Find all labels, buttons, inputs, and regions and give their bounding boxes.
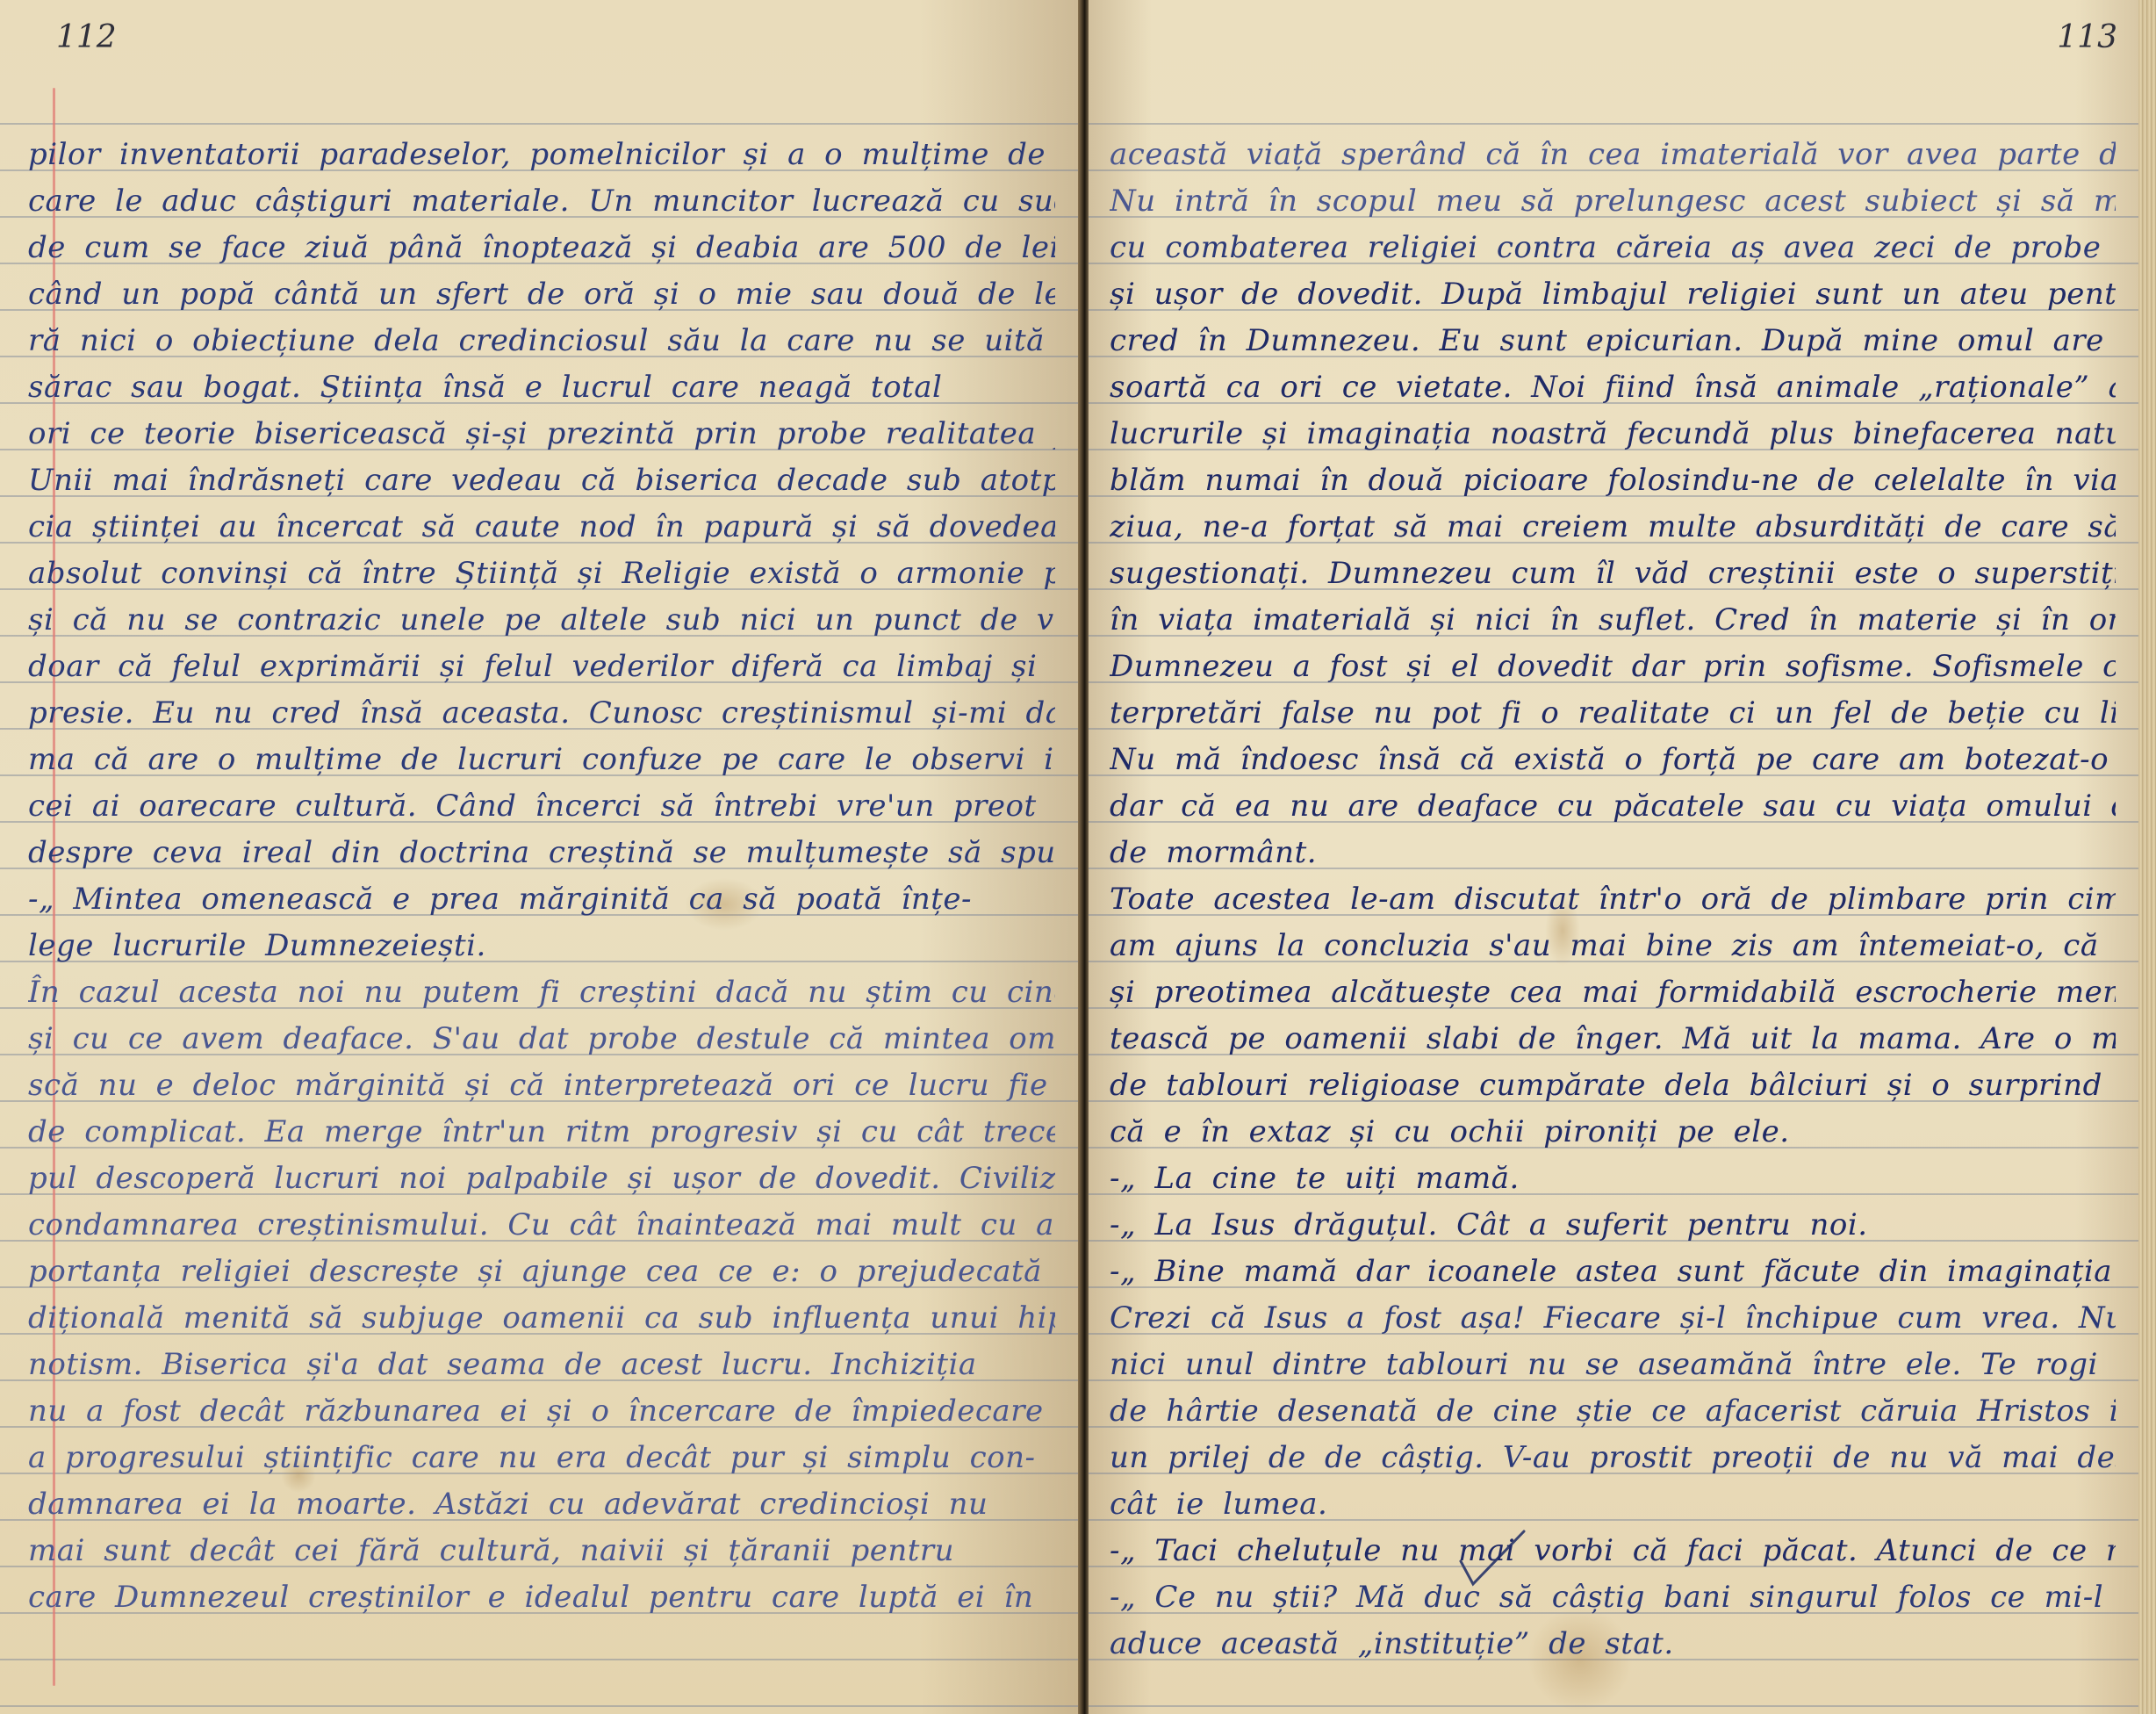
text-line: absolut convinși că între Știință și Rel…	[28, 551, 1055, 597]
text-line: că e în extaz și cu ochii pironiți pe el…	[1110, 1109, 2116, 1156]
text-line: am ajuns la concluzia s'au mai bine zis …	[1110, 923, 2116, 969]
text-line: În cazul acesta noi nu putem fi creștini…	[28, 969, 1055, 1016]
text-line: -„ Mintea omenească e prea mărginită ca …	[28, 876, 1055, 923]
text-line: ma că are o mulțime de lucruri confuze p…	[28, 737, 1055, 783]
text-line: cia științei au încercat să caute nod în…	[28, 504, 1055, 551]
handwritten-text-right: această viață sperând că în cea imateria…	[1110, 132, 2116, 1667]
text-line: -„ La Isus drăguțul. Cât a suferit pentr…	[1110, 1202, 2116, 1249]
left-page: 112 pilor inventatorii paradeselor, pome…	[0, 0, 1082, 1714]
text-line: cred în Dumnezeu. Eu sunt epicurian. Dup…	[1110, 318, 2116, 364]
text-line: de mormânt.	[1110, 830, 2116, 876]
text-line: de cum se face ziuă până înoptează și de…	[28, 225, 1055, 271]
page-number: 113	[2057, 19, 2117, 55]
right-page: 113 această viață sperând că în cea imat…	[1089, 0, 2138, 1714]
text-line: terpretări false nu pot fi o realitate c…	[1110, 690, 2116, 737]
text-line: Unii mai îndrăsneți care vedeau că biser…	[28, 457, 1055, 504]
text-line: damnarea ei la moarte. Astăzi cu adevăra…	[28, 1481, 1055, 1528]
text-line: și că nu se contrazic unele pe altele su…	[28, 597, 1055, 644]
text-line: Nu mă îndoesc însă că există o forță pe …	[1110, 737, 2116, 783]
text-line: dar că ea nu are deaface cu păcatele sau…	[1110, 783, 2116, 830]
text-line: condamnarea creștinismului. Cu cât înain…	[28, 1202, 1055, 1249]
text-line: pilor inventatorii paradeselor, pomelnic…	[28, 132, 1055, 178]
text-line: și preotimea alcătuește cea mai formidab…	[1110, 969, 2116, 1016]
text-line: a progresului științific care nu era dec…	[28, 1435, 1055, 1481]
text-line: ră nici o obiecțiune dela credinciosul s…	[28, 318, 1055, 364]
page-number: 112	[56, 19, 117, 55]
text-line: soartă ca ori ce vietate. Noi fiind însă…	[1110, 364, 2116, 411]
page-edges	[2138, 0, 2156, 1714]
text-line: în viața imaterială și nici în suflet. C…	[1110, 597, 2116, 644]
handwritten-text-left: pilor inventatorii paradeselor, pomelnic…	[28, 132, 1055, 1621]
text-line: pul descoperă lucruri noi palpabile și u…	[28, 1156, 1055, 1202]
text-line: de hârtie desenată de cine știe ce aface…	[1110, 1388, 2116, 1435]
text-line: sugestionați. Dumnezeu cum îl văd crești…	[1110, 551, 2116, 597]
text-line: ori ce teorie bisericească și-și prezint…	[28, 411, 1055, 457]
notebook-spread: 112 pilor inventatorii paradeselor, pome…	[0, 0, 2156, 1714]
text-line: și ușor de dovedit. După limbajul religi…	[1110, 271, 2116, 318]
text-line: -„ Ce nu știi? Mă duc să câștig bani sin…	[1110, 1574, 2116, 1621]
text-line: ziua, ne-a forțat să mai creiem multe ab…	[1110, 504, 2116, 551]
text-line: scă nu e deloc mărginită și că interpret…	[28, 1062, 1055, 1109]
text-line: presie. Eu nu cred însă aceasta. Cunosc …	[28, 690, 1055, 737]
text-line: și cu ce avem deaface. S'au dat probe de…	[28, 1016, 1055, 1062]
text-line: notism. Biserica și'a dat seama de acest…	[28, 1342, 1055, 1388]
text-line: când un popă cântă un sfert de oră și o …	[28, 271, 1055, 318]
text-line: blăm numai în două picioare folosindu-ne…	[1110, 457, 2116, 504]
text-line: Nu intră în scopul meu să prelungesc ace…	[1110, 178, 2116, 225]
text-line: de tablouri religioase cumpărate dela bâ…	[1110, 1062, 2116, 1109]
text-line: cei ai oarecare cultură. Când încerci să…	[28, 783, 1055, 830]
text-line: tească pe oamenii slabi de înger. Mă uit…	[1110, 1016, 2116, 1062]
text-line: Toate acestea le-am discutat într'o oră …	[1110, 876, 2116, 923]
text-line: Crezi că Isus a fost așa! Fiecare și-l î…	[1110, 1295, 2116, 1342]
text-line: aduce această „instituție” de stat.	[1110, 1621, 2116, 1667]
text-line: -„ Taci cheluțule nu mai vorbi că faci p…	[1110, 1528, 2116, 1574]
text-line: nici unul dintre tablouri nu se aseamănă…	[1110, 1342, 2116, 1388]
text-line: Dumnezeu a fost și el dovedit dar prin s…	[1110, 644, 2116, 690]
text-line: un prilej de de câștig. V-au prostit pre…	[1110, 1435, 2116, 1481]
text-line: -„ Bine mamă dar icoanele astea sunt făc…	[1110, 1249, 2116, 1295]
text-line: nu a fost decât răzbunarea ei și o încer…	[28, 1388, 1055, 1435]
text-line: această viață sperând că în cea imateria…	[1110, 132, 2116, 178]
text-line: care Dumnezeul creștinilor e idealul pen…	[28, 1574, 1055, 1621]
text-line: cu combaterea religiei contra căreia aș …	[1110, 225, 2116, 271]
text-line: lege lucrurile Dumnezeiești.	[28, 923, 1055, 969]
text-line: care le aduc câștiguri materiale. Un mun…	[28, 178, 1055, 225]
text-line: sărac sau bogat. Știința însă e lucrul c…	[28, 364, 1055, 411]
text-line: cât ie lumea.	[1110, 1481, 2116, 1528]
text-line: doar că felul exprimării și felul vederi…	[28, 644, 1055, 690]
text-line: -„ La cine te uiți mamă.	[1110, 1156, 2116, 1202]
text-line: despre ceva ireal din doctrina creștină …	[28, 830, 1055, 876]
text-line: mai sunt decât cei fără cultură, naivii …	[28, 1528, 1055, 1574]
text-line: lucrurile și imaginația noastră fecundă …	[1110, 411, 2116, 457]
text-line: portanța religiei descrește și ajunge ce…	[28, 1249, 1055, 1295]
text-line: de complicat. Ea merge într'un ritm prog…	[28, 1109, 1055, 1156]
text-line: dițională menită să subjuge oamenii ca s…	[28, 1295, 1055, 1342]
